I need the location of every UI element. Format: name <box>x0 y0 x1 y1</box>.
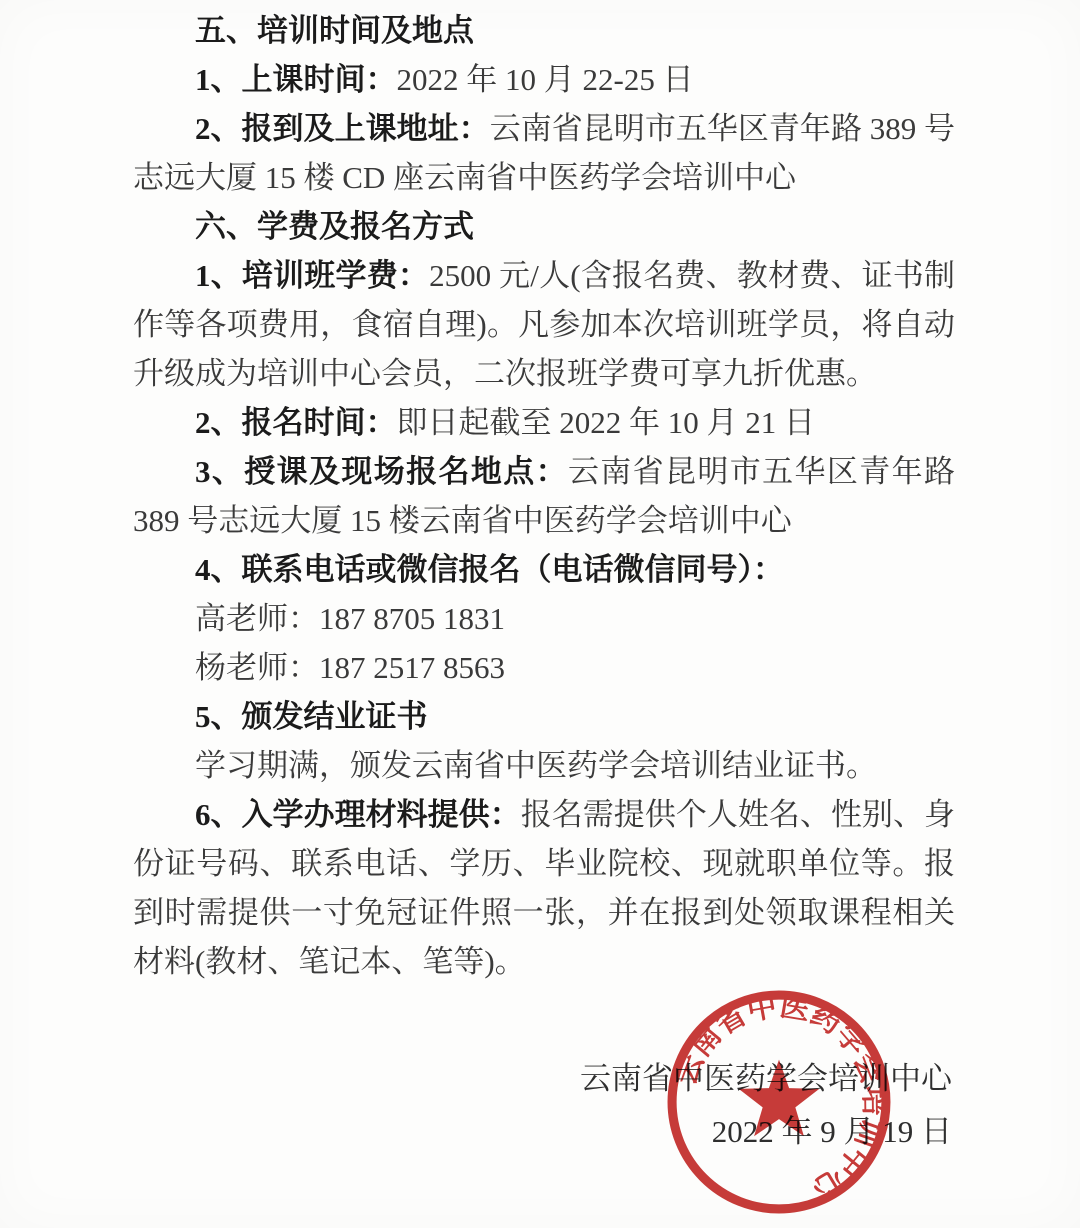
signature-date: 2022 年 9 月 19 日 <box>580 1107 952 1157</box>
paragraph-text: 2022 年 10 月 22-25 日 <box>397 62 694 97</box>
item-contact-methods: 4、联系电话或微信报名（电话微信同号）： <box>133 545 955 594</box>
item-registration-address: 2、报到及上课地址：云南省昆明市五华区青年路 389 号志远大厦 15 楼 CD… <box>133 104 955 202</box>
item-certificate-detail: 学习期满，颁发云南省中医药学会培训结业证书。 <box>133 741 955 790</box>
document-page: 五、培训时间及地点 1、上课时间：2022 年 10 月 22-25 日 2、报… <box>0 0 1080 1228</box>
paragraph-label: 6、入学办理材料提供： <box>195 797 521 832</box>
paragraph-label: 2、报到及上课地址： <box>195 111 490 146</box>
signature-organization: 云南省中医药学会培训中心 <box>580 1054 952 1104</box>
heading-certificate: 5、颁发结业证书 <box>133 692 955 741</box>
item-class-time: 1、上课时间：2022 年 10 月 22-25 日 <box>133 55 955 104</box>
item-registration-deadline: 2、报名时间：即日起截至 2022 年 10 月 21 日 <box>133 398 955 447</box>
document-body: 五、培训时间及地点 1、上课时间：2022 年 10 月 22-25 日 2、报… <box>133 6 955 986</box>
paragraph-label: 2、报名时间： <box>195 405 397 440</box>
paragraph-label: 3、授课及现场报名地点： <box>195 454 568 489</box>
paragraph-text: 即日起截至 2022 年 10 月 21 日 <box>397 405 816 440</box>
item-enrollment-materials: 6、入学办理材料提供：报名需提供个人姓名、性别、身份证号码、联系电话、学历、毕业… <box>133 790 955 986</box>
heading-tuition-registration: 六、学费及报名方式 <box>133 202 955 251</box>
heading-training-time-location: 五、培训时间及地点 <box>133 6 955 55</box>
item-tuition-fee: 1、培训班学费：2500 元/人(含报名费、教材费、证书制作等各项费用，食宿自理… <box>133 251 955 398</box>
paragraph-text: 高老师：187 8705 1831 <box>195 601 505 636</box>
paragraph-text: 学习期满，颁发云南省中医药学会培训结业证书。 <box>195 748 877 783</box>
signature-block: 云南省中医药学会培训中心 2022 年 9 月 19 日 <box>580 1054 952 1157</box>
contact-teacher-yang: 杨老师：187 2517 8563 <box>133 643 955 692</box>
paragraph-label: 5、颁发结业证书 <box>195 699 428 734</box>
paragraph-label: 五、培训时间及地点 <box>195 13 474 48</box>
paragraph-label: 4、联系电话或微信报名（电话微信同号）： <box>195 552 784 587</box>
item-onsite-registration-location: 3、授课及现场报名地点：云南省昆明市五华区青年路 389 号志远大厦 15 楼云… <box>133 447 955 545</box>
contact-teacher-gao: 高老师：187 8705 1831 <box>133 594 955 643</box>
paragraph-label: 1、培训班学费： <box>195 258 429 293</box>
paragraph-label: 1、上课时间： <box>195 62 397 97</box>
paragraph-label: 六、学费及报名方式 <box>195 209 474 244</box>
paragraph-text: 杨老师：187 2517 8563 <box>195 650 505 685</box>
